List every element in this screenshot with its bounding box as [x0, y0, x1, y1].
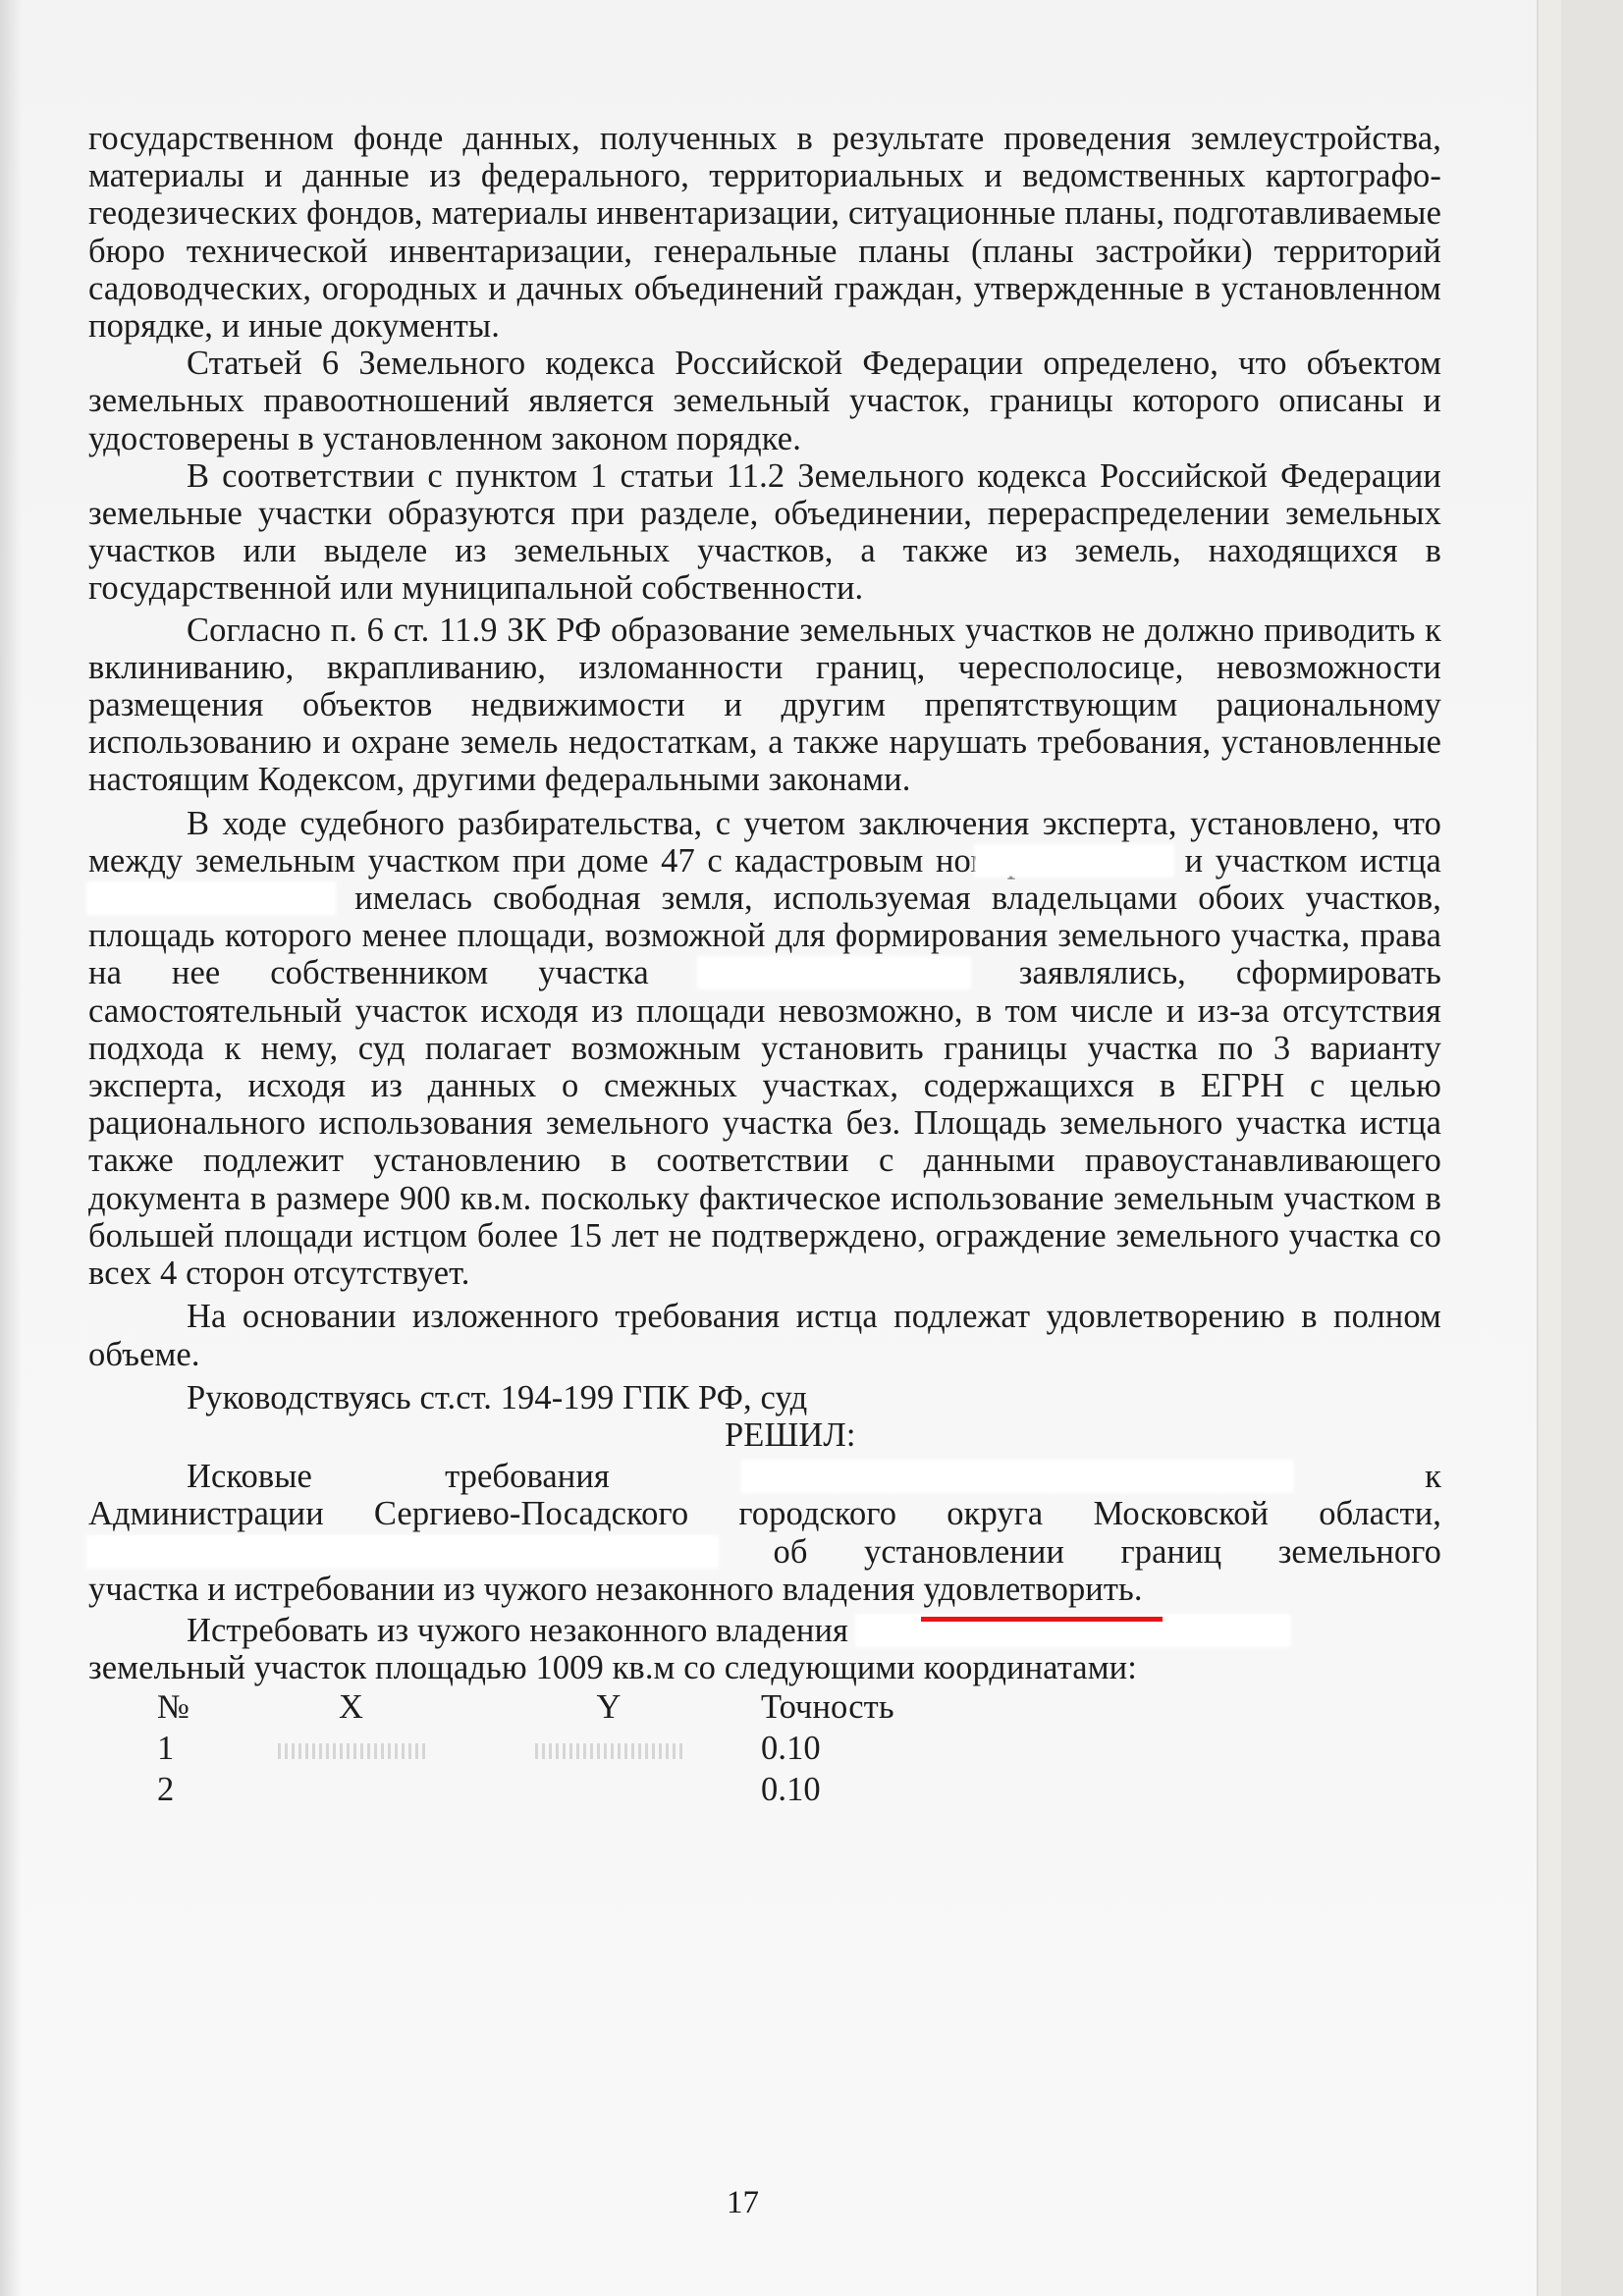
- paragraph-3: В соответствии с пунктом 1 статьи 11.2 З…: [88, 457, 1441, 608]
- verdict-underlined: удовлетворить.: [923, 1571, 1142, 1608]
- redacted-cadastral-number: [976, 846, 1172, 876]
- decision-claims-line-4: участка и истребовании из чужого незакон…: [88, 1571, 1441, 1608]
- table-header-y: Y: [457, 1686, 761, 1728]
- redacted-owner-name: [699, 958, 969, 988]
- reclaim-prefix: Истребовать из чужого незаконного владен…: [187, 1612, 848, 1649]
- paragraph-5-part-4: заявлялись, сформировать самостоятельный…: [88, 954, 1441, 1292]
- decision-claims-line-1: Исковые требования к: [88, 1458, 1441, 1495]
- paragraph-2: Статьей 6 Земельного кодекса Российской …: [88, 345, 1441, 457]
- redacted-defendant-name: [88, 1537, 717, 1567]
- table-row-2-number: 2: [157, 1769, 245, 1810]
- claims-prefix: Исковые требования: [187, 1458, 610, 1495]
- decision-heading: РЕШИЛ:: [88, 1416, 1441, 1454]
- table-header-accuracy: Точность: [761, 1686, 957, 1728]
- reclaim-line-1: Истребовать из чужого незаконного владен…: [88, 1612, 1441, 1649]
- table-row-2-x-redacted: [245, 1769, 457, 1810]
- redacted-plaintiff-name: [88, 883, 334, 913]
- claims-to: к: [1425, 1458, 1441, 1495]
- page-number: 17: [727, 2185, 759, 2221]
- scan-margin-strip: [1561, 0, 1623, 2296]
- document-page: государственном фонде данных, полученных…: [0, 0, 1537, 2296]
- table-row-1-y-redacted: [457, 1728, 761, 1769]
- paragraph-1: государственном фонде данных, полученных…: [88, 120, 1441, 345]
- table-row-1-accuracy: 0.10: [761, 1728, 957, 1769]
- redacted-plaintiff-name-2: [742, 1462, 1292, 1491]
- table-header-number: №: [157, 1686, 245, 1728]
- paragraph-4: Согласно п. 6 ст. 11.9 ЗК РФ образование…: [88, 612, 1441, 799]
- claims-line3-suffix: об установлении границ земельного: [774, 1533, 1442, 1571]
- paragraph-5-part-2: и участком истца: [1185, 842, 1441, 880]
- table-row-1-x-redacted: [245, 1728, 457, 1769]
- table-header-x: X: [245, 1686, 457, 1728]
- decision-claims-line-3: об установлении границ земельного: [88, 1533, 1441, 1571]
- paragraph-5: В ходе судебного разбирательства, с учет…: [88, 805, 1441, 1293]
- document-body: государственном фонде данных, полученных…: [88, 120, 1441, 1810]
- table-row-2-accuracy: 0.10: [761, 1769, 957, 1810]
- paragraph-6: На основании изложенного требования истц…: [88, 1298, 1441, 1372]
- reclaim-line-2: земельный участок площадью 1009 кв.м со …: [88, 1649, 1441, 1686]
- table-row-2-y-redacted: [457, 1769, 761, 1810]
- paragraph-7: Руководствуясь ст.ст. 194-199 ГПК РФ, су…: [88, 1379, 1441, 1416]
- table-row-1-number: 1: [157, 1728, 245, 1769]
- decision-claims-line-2: Администрации Сергиево-Посадского городс…: [88, 1495, 1441, 1532]
- coordinates-table: № X Y Точность 1 0.10 2 0.10: [157, 1686, 1441, 1810]
- claims-line4-prefix: участка и истребовании из чужого незакон…: [88, 1571, 915, 1608]
